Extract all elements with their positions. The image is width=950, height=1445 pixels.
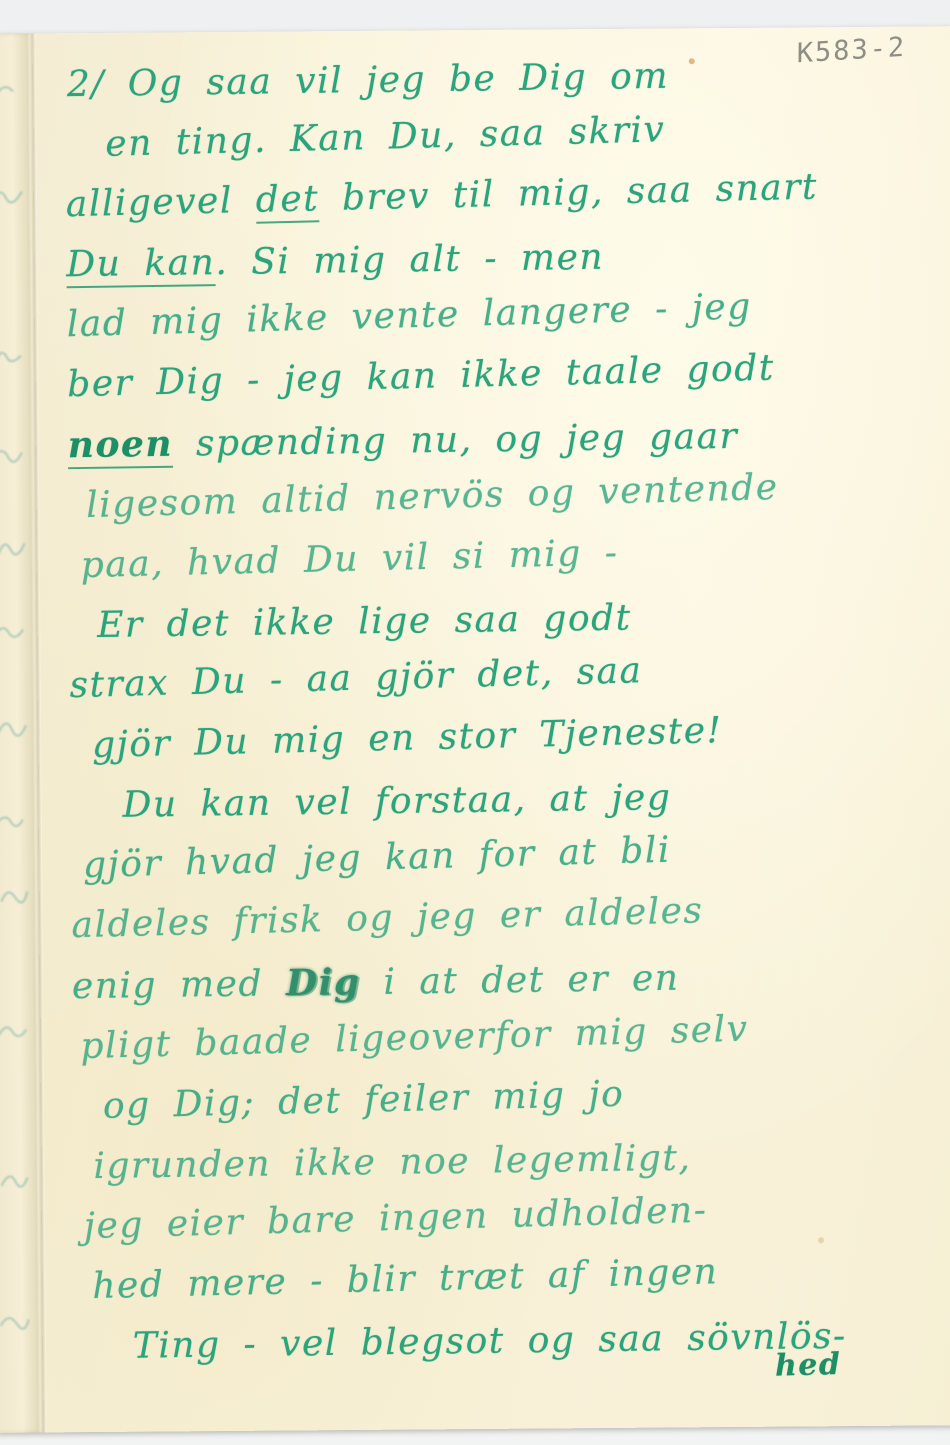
letter-body: 2/ Og saa vil jeg be Dig omen ting. Kan … bbox=[65, 48, 945, 1389]
letter-paper: K583-2 2/ Og saa vil jeg be Dig omen tin… bbox=[0, 26, 950, 1433]
letter-line: hed bbox=[775, 1345, 946, 1383]
age-spots bbox=[689, 58, 695, 64]
scanned-letter-page: K583-2 2/ Og saa vil jeg be Dig omen tin… bbox=[0, 0, 950, 1445]
